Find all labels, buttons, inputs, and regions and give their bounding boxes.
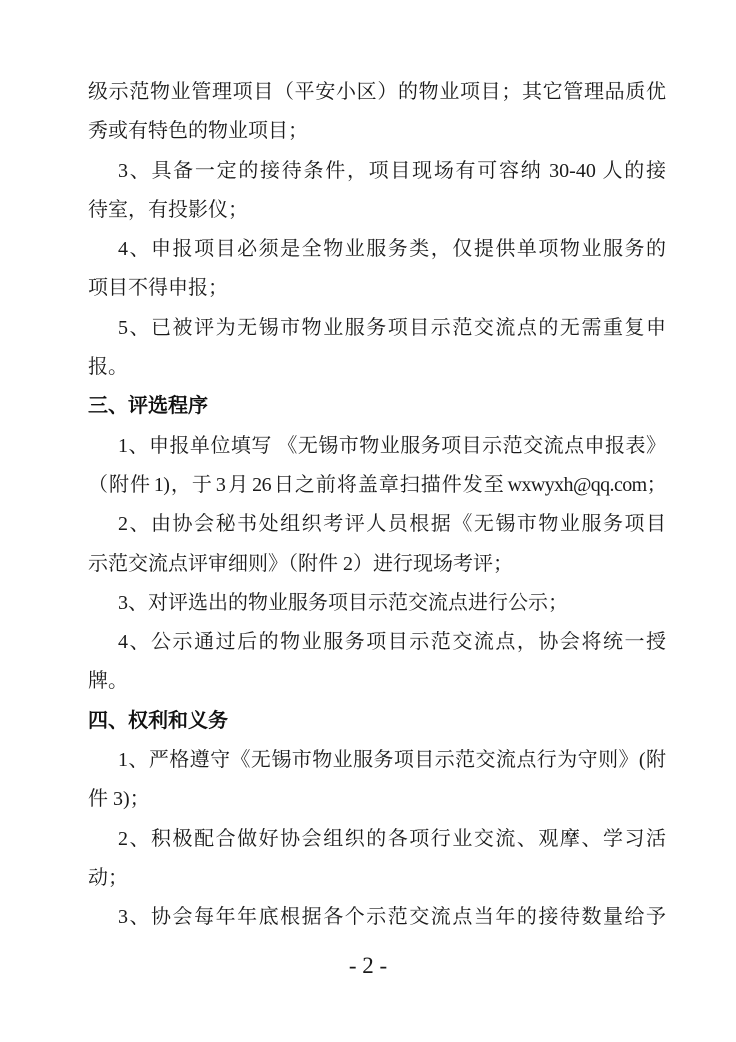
text-line: 3、具备一定的接待条件，项目现场有可容纳 30-40 人的接 bbox=[88, 152, 666, 191]
text-line: 1、严格遵守《无锡市物业服务项目示范交流点行为守则》(附 bbox=[88, 741, 666, 780]
text-line: 1、申报单位填写 《无锡市物业服务项目示范交流点申报表》 bbox=[88, 427, 666, 466]
text-line: 3、协会每年年底根据各个示范交流点当年的接待数量给予 bbox=[88, 898, 666, 937]
text-line: 项目不得申报； bbox=[88, 269, 666, 308]
document-body: 级示范物业管理项目（平安小区）的物业项目；其它管理品质优秀或有特色的物业项目；3… bbox=[88, 73, 666, 938]
text-line: 牌。 bbox=[88, 662, 666, 701]
text-line: 4、公示通过后的物业服务项目示范交流点，协会将统一授 bbox=[88, 623, 666, 662]
text-line: 秀或有特色的物业项目； bbox=[88, 112, 666, 151]
text-line: 2、由协会秘书处组织考评人员根据《无锡市物业服务项目 bbox=[88, 505, 666, 544]
text-line: 3、对评选出的物业服务项目示范交流点进行公示； bbox=[88, 584, 666, 623]
text-line: 5、已被评为无锡市物业服务项目示范交流点的无需重复申 bbox=[88, 309, 666, 348]
text-line: 2、积极配合做好协会组织的各项行业交流、观摩、学习活 bbox=[88, 820, 666, 859]
text-line: 待室，有投影仪； bbox=[88, 191, 666, 230]
text-line: 示范交流点评审细则》（附件 2）进行现场考评； bbox=[88, 545, 666, 584]
document-page: 级示范物业管理项目（平安小区）的物业项目；其它管理品质优秀或有特色的物业项目；3… bbox=[0, 0, 736, 1042]
section-heading: 三、评选程序 bbox=[88, 387, 666, 426]
text-line: 级示范物业管理项目（平安小区）的物业项目；其它管理品质优 bbox=[88, 73, 666, 112]
section-heading: 四、权利和义务 bbox=[88, 702, 666, 741]
text-line: 报。 bbox=[88, 348, 666, 387]
text-line: 动； bbox=[88, 859, 666, 898]
text-line: （附件 1)，于 3 月 26 日之前将盖章扫描件发至 wxwyxh@qq.co… bbox=[88, 466, 666, 505]
text-line: 件 3)； bbox=[88, 780, 666, 819]
text-line: 4、申报项目必须是全物业服务类，仅提供单项物业服务的 bbox=[88, 230, 666, 269]
page-number: - 2 - bbox=[0, 953, 736, 979]
